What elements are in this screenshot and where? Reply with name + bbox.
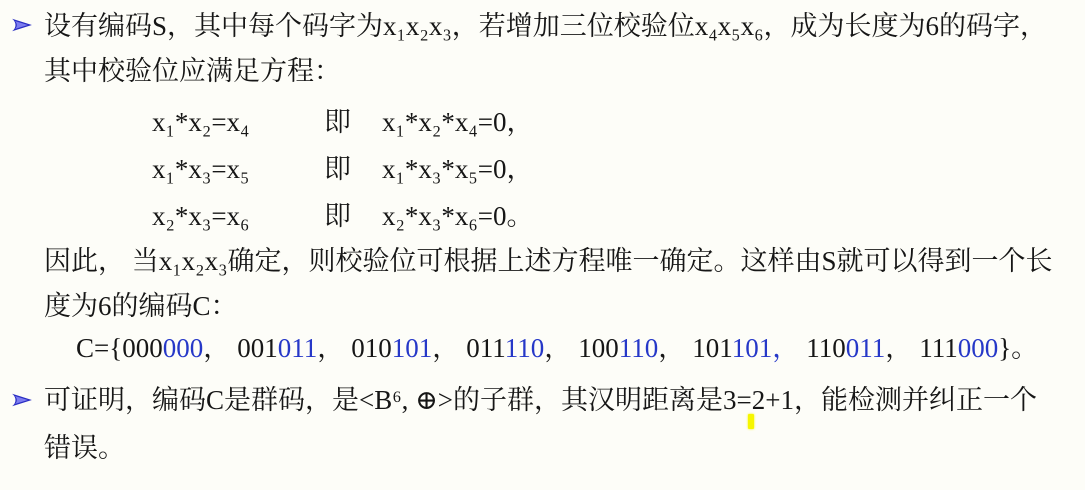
codeword: 001011 <box>237 333 317 363</box>
codeword-set-prefix: C={ <box>76 333 122 363</box>
codeword: 111000 <box>919 333 998 363</box>
equation-2-rhs: x₁*x₃*x₅=0， <box>382 153 533 185</box>
codeword: 101101 <box>692 333 772 363</box>
codeword: 010101 <box>351 333 432 363</box>
codeword-separator: ， <box>317 333 344 363</box>
equation-3-rhs: x₂*x₃*x₆=0。 <box>382 200 533 232</box>
codeword-separator: ， <box>885 333 912 363</box>
para2-line1: 因此， 当x₁x₂x₃确定，则校验位可根据上述方程唯一确定。这样由S就可以得到一… <box>44 245 1053 277</box>
para2-line2: 度为6的编码C： <box>44 290 238 322</box>
codeword-separator: ， <box>432 333 459 363</box>
equation-1-rhs: x₁*x₂*x₄=0， <box>382 106 533 138</box>
equation-1-connector: 即 <box>324 106 351 138</box>
bullet-arrow-icon <box>10 16 34 34</box>
codeword: 100110 <box>578 333 658 363</box>
codeword-set-suffix: }。 <box>998 333 1038 363</box>
para3-line2: 错误。 <box>44 432 125 464</box>
equation-3-connector: 即 <box>324 200 351 232</box>
codeword-set-line: C={000000，001011，010101，011110，100110，10… <box>76 332 1038 364</box>
codeword: 110011 <box>806 333 885 363</box>
para1-line2: 其中校验位应满足方程： <box>44 55 341 87</box>
para1-line1: 设有编码S，其中每个码字为x₁x₂x₃，若增加三位校验位x₄x₅x₆，成为长度为… <box>44 10 1047 42</box>
codeword: 011110 <box>466 333 544 363</box>
codeword-separator: ， <box>772 333 799 363</box>
codeword-separator: ， <box>203 333 230 363</box>
slide: 设有编码S，其中每个码字为x₁x₂x₃，若增加三位校验位x₄x₅x₆，成为长度为… <box>0 0 1085 490</box>
equation-2-lhs: x₁*x₃=x₅ <box>152 153 249 185</box>
codeword-separator: ， <box>658 333 685 363</box>
highlight-mark <box>748 414 754 429</box>
equation-3-lhs: x₂*x₃=x₆ <box>152 200 249 232</box>
equation-1-lhs: x₁*x₂=x₄ <box>152 106 249 138</box>
codeword-separator: ， <box>544 333 571 363</box>
para3-line1: 可证明，编码C是群码，是<B⁶, ⊕>的子群，其汉明距离是3=2+1，能检测并纠… <box>44 384 1037 416</box>
equation-2-connector: 即 <box>324 153 351 185</box>
bullet-arrow-icon <box>10 391 34 409</box>
codeword: 000000 <box>122 333 203 363</box>
